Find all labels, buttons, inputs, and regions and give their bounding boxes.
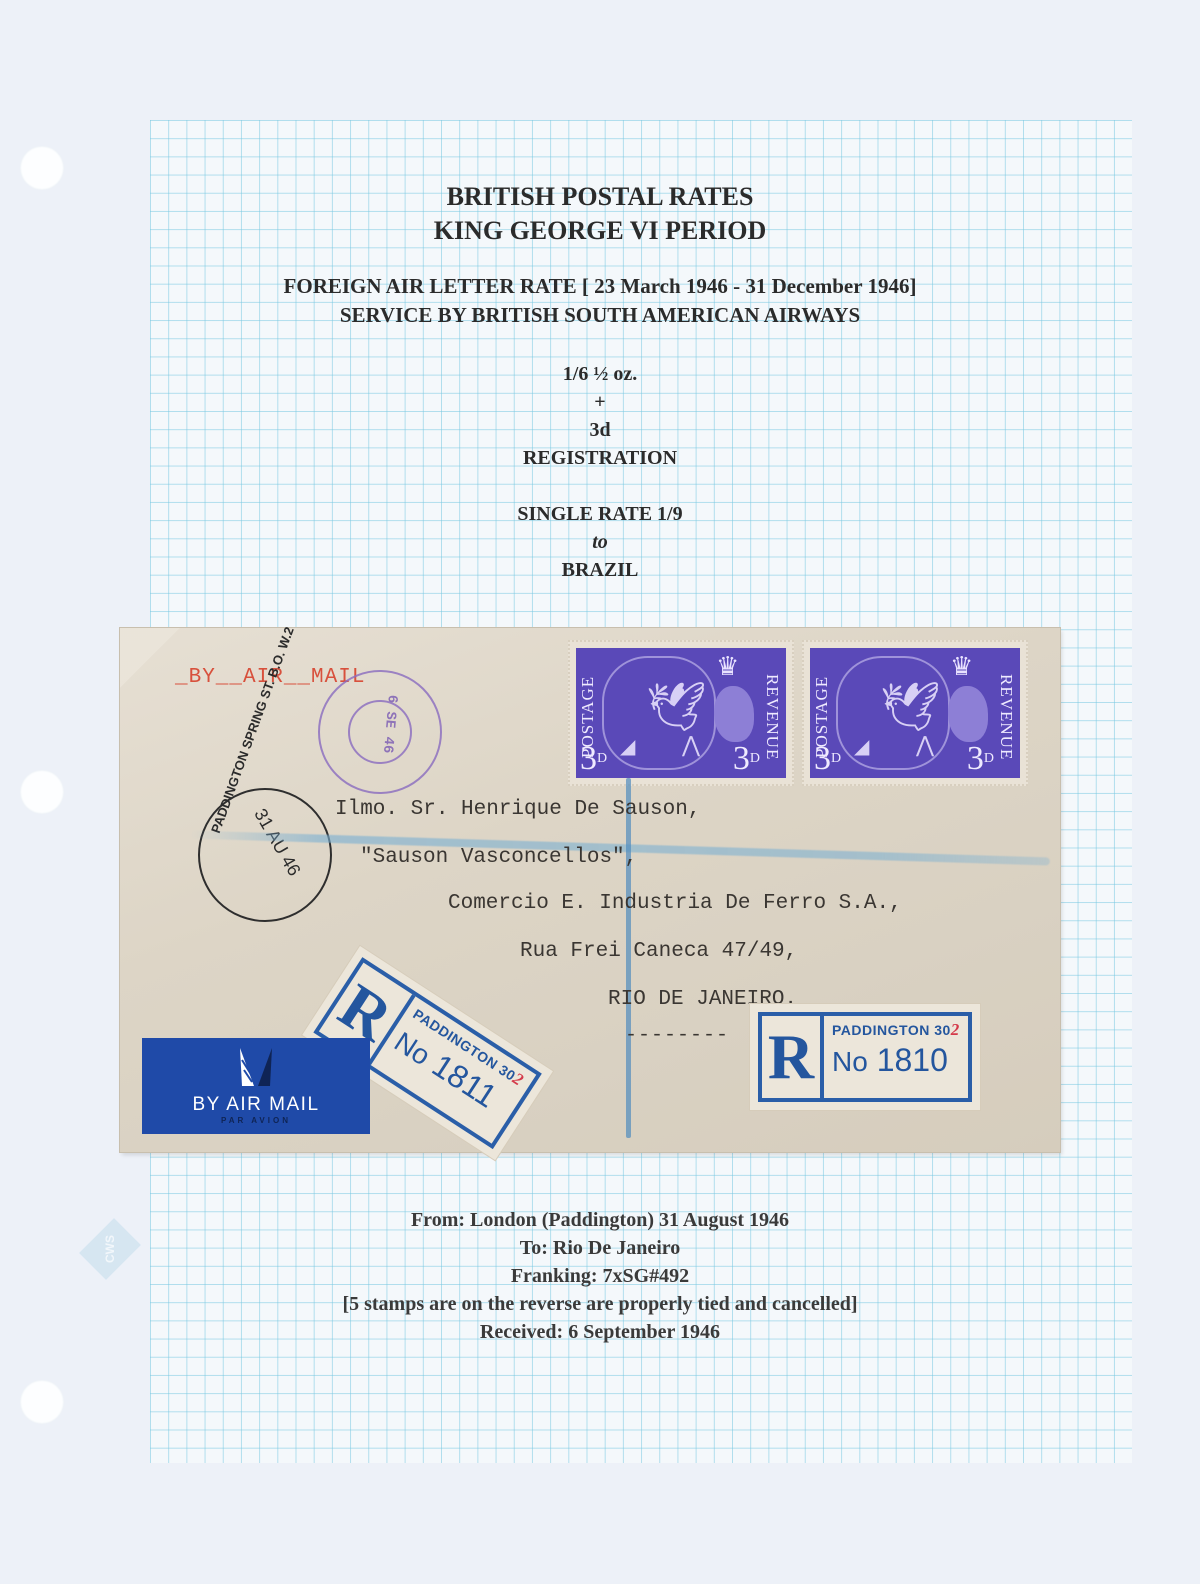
king-portrait bbox=[948, 686, 988, 742]
single-rate: SINGLE RATE 1/9 bbox=[300, 500, 900, 528]
airmail-rate: 1/6 ½ oz. bbox=[300, 360, 900, 388]
registration-label-1810: R PADDINGTON 302 No 1810 bbox=[750, 1004, 980, 1110]
dove-icon: 🕊 bbox=[646, 678, 707, 735]
square-compass-icon: ⋀ bbox=[682, 732, 700, 758]
service-line: SERVICE BY BRITISH SOUTH AMERICAN AIRWAY… bbox=[150, 301, 1050, 330]
trowel-icon: ◢ bbox=[854, 734, 869, 759]
punch-hole-middle bbox=[20, 770, 64, 814]
trowel-icon: ◢ bbox=[620, 734, 635, 759]
plus-sign: + bbox=[300, 388, 900, 416]
rate-heading: FOREIGN AIR LETTER RATE [ 23 March 1946 … bbox=[150, 272, 1050, 330]
receiving-handstamp: 6 SE 46 bbox=[318, 670, 442, 794]
crown-icon: ♛ bbox=[716, 652, 739, 682]
address-line-4: Rua Frei Caneca 47/49, bbox=[520, 940, 797, 963]
page-title: BRITISH POSTAL RATES KING GEORGE VI PERI… bbox=[150, 180, 1050, 248]
cover-description: From: London (Paddington) 31 August 1946… bbox=[200, 1206, 1000, 1346]
caption-franking: Franking: 7xSG#492 bbox=[200, 1262, 1000, 1290]
rate-breakdown: 1/6 ½ oz. + 3d REGISTRATION SINGLE RATE … bbox=[300, 360, 900, 584]
cws-logo-icon: CWS bbox=[88, 1218, 132, 1280]
rate-period-line: FOREIGN AIR LETTER RATE [ 23 March 1946 … bbox=[150, 272, 1050, 301]
registration-fee: 3d bbox=[300, 416, 900, 444]
title-line-2: KING GEORGE VI PERIOD bbox=[150, 214, 1050, 248]
address-line-2: "Sauson Vasconcellos", bbox=[360, 846, 637, 869]
airmail-etiquette: BY AIR MAIL PAR AVION bbox=[142, 1038, 370, 1134]
caption-received: Received: 6 September 1946 bbox=[200, 1318, 1000, 1346]
punch-hole-bottom bbox=[20, 1380, 64, 1424]
king-portrait bbox=[714, 686, 754, 742]
crown-icon: ♛ bbox=[950, 652, 973, 682]
destination: BRAZIL bbox=[300, 556, 900, 584]
cover-envelope: _BY__AIR__MAIL POSTAGE REVENUE 🕊 ♛ ◢ ⋀ 3… bbox=[120, 628, 1060, 1152]
album-page: CWS BRITISH POSTAL RATES KING GEORGE VI … bbox=[0, 0, 1200, 1584]
caption-to: To: Rio De Janeiro bbox=[200, 1234, 1000, 1262]
wing-icon bbox=[236, 1046, 276, 1090]
address-line-3: Comercio E. Industria De Ferro S.A., bbox=[448, 892, 902, 915]
stamp-2: POSTAGE REVENUE 🕊 ♛ ◢ ⋀ 3D 3D bbox=[802, 640, 1028, 786]
square-compass-icon: ⋀ bbox=[916, 732, 934, 758]
dove-icon: 🕊 bbox=[880, 678, 941, 735]
address-line-1: Ilmo. Sr. Henrique De Sauson, bbox=[335, 798, 700, 821]
paddington-postmark: PADDINGTON SPRING ST. B.O. W.2 31 AU 46 bbox=[198, 788, 332, 922]
caption-from: From: London (Paddington) 31 August 1946 bbox=[200, 1206, 1000, 1234]
punch-hole-top bbox=[20, 146, 64, 190]
to-label: to bbox=[300, 528, 900, 556]
stamp-1: POSTAGE REVENUE 🕊 ♛ ◢ ⋀ 3D 3D bbox=[568, 640, 794, 786]
registration-label: REGISTRATION bbox=[300, 444, 900, 472]
caption-note: [5 stamps are on the reverse are properl… bbox=[200, 1290, 1000, 1318]
address-underline: -------- bbox=[625, 1024, 729, 1047]
title-line-1: BRITISH POSTAL RATES bbox=[150, 180, 1050, 214]
